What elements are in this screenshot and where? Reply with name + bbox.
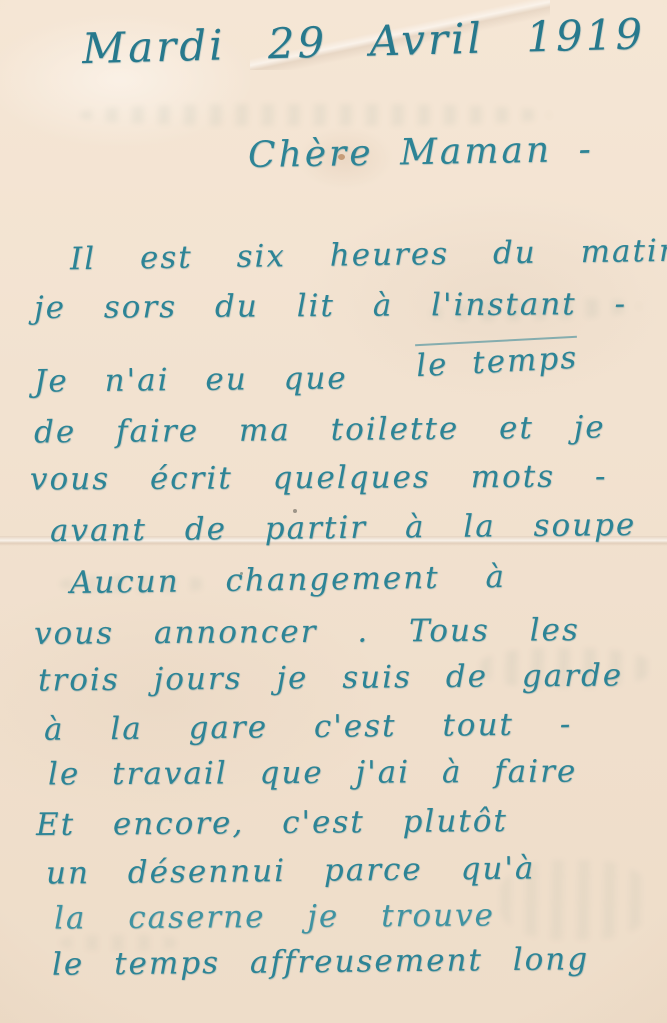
ink-show-through bbox=[60, 575, 210, 593]
ink-show-through bbox=[80, 104, 550, 126]
letter-line: de faire ma toilette et je bbox=[34, 410, 606, 451]
paper-stain bbox=[293, 509, 297, 513]
letter-interline-insertion: le temps bbox=[415, 336, 579, 384]
letter-line: vous écrit quelques mots - bbox=[30, 458, 608, 497]
letter-line: trois jours je suis de garde bbox=[38, 657, 623, 698]
letter-line: à la gare c'est tout - bbox=[44, 706, 573, 748]
ink-show-through bbox=[480, 648, 650, 688]
paper-stain bbox=[338, 154, 345, 160]
top-fold-crease bbox=[250, 0, 550, 70]
ink-show-through bbox=[500, 860, 650, 940]
letter-line: le travail que j'ai à faire bbox=[48, 754, 578, 793]
ink-show-through bbox=[60, 935, 180, 951]
letter-line: Je n'ai eu que bbox=[34, 360, 348, 399]
letter-line: Aucun changement à bbox=[70, 559, 506, 601]
letter-line: je sors du lit à l'instant - bbox=[34, 286, 627, 326]
letter-line: Il est six heures du matin bbox=[70, 233, 667, 278]
paper-stain bbox=[240, 572, 243, 575]
ink-show-through bbox=[430, 296, 641, 323]
letter-line: un désennui parce qu'à bbox=[46, 850, 536, 891]
horizontal-fold-crease bbox=[0, 536, 667, 546]
letter-salutation: Chère Maman - bbox=[248, 129, 594, 176]
letter-line: la caserne je trouve bbox=[54, 897, 495, 936]
letter-line: Et encore, c'est plutôt bbox=[36, 803, 508, 843]
letter-line: vous annoncer . Tous les bbox=[34, 612, 580, 652]
letter-page: Mardi 29 Avril 1919 . Chère Maman - Il e… bbox=[0, 0, 667, 1023]
letter-line: le temps affreusement long bbox=[52, 941, 589, 983]
